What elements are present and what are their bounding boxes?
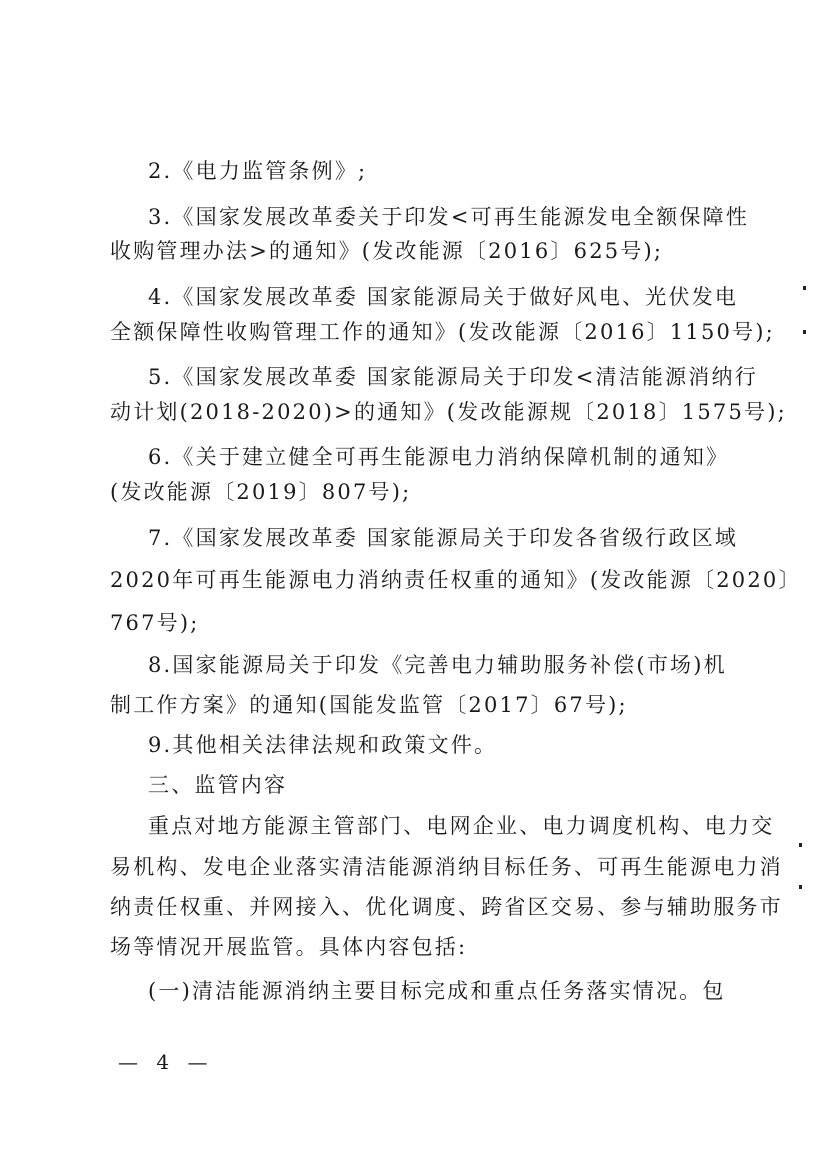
reference-item-7-cont2: 767号); [110,609,200,637]
reference-item-4-cont: 全额保障性收购管理工作的通知》(发改能源〔2016〕1150号); [110,318,775,346]
reference-item-8-cont: 制工作方案》的通知(国能发监管〔2017〕67号); [110,691,628,719]
paragraph-line-1: 重点对地方能源主管部门、电网企业、电力调度机构、电力交 [148,812,774,840]
paragraph-line-3: 纳责任权重、并网接入、优化调度、跨省区交易、参与辅助服务市 [110,893,783,921]
reference-item-3: 3.《国家发展改革委关于印发<可再生能源发电全额保障性 [148,203,749,231]
section-heading-supervision-content: 三、监管内容 [148,771,287,799]
reference-item-6-cont: (发改能源〔2019〕807号); [110,478,411,506]
document-page: 2.《电力监管条例》; 3.《国家发展改革委关于印发<可再生能源发电全额保障性 … [0,0,827,1170]
reference-item-7-cont: 2020年可再生能源电力消纳责任权重的通知》(发改能源〔2020〕 [110,566,802,594]
page-number: — 4 — [118,1050,213,1074]
paragraph-line-2: 易机构、发电企业落实清洁能源消纳目标任务、可再生能源电力消 [110,853,783,881]
reference-item-2: 2.《电力监管条例》; [148,157,367,185]
reference-item-5: 5.《国家发展改革委 国家能源局关于印发<清洁能源消纳行 [148,363,758,391]
margin-mark [799,885,802,889]
reference-item-9: 9.其他相关法律法规和政策文件。 [148,731,497,759]
reference-item-6: 6.《关于建立健全可再生能源电力消纳保障机制的通知》 [148,443,729,471]
reference-item-4: 4.《国家发展改革委 国家能源局关于做好风电、光伏发电 [148,283,738,311]
margin-mark [803,286,806,290]
reference-item-3-cont: 收购管理办法>的通知》(发改能源〔2016〕625号); [110,237,663,265]
margin-mark [803,330,806,334]
subsection-heading-1: (一)清洁能源消纳主要目标完成和重点任务落实情况。包 [148,977,726,1005]
paragraph-line-4: 场等情况开展监管。具体内容包括: [110,933,467,961]
reference-item-5-cont: 动计划(2018-2020)>的通知》(发改能源规〔2018〕1575号); [110,398,787,426]
reference-item-8: 8.国家能源局关于印发《完善电力辅助服务补偿(市场)机 [148,651,727,679]
margin-mark [799,843,802,847]
reference-item-7: 7.《国家发展改革委 国家能源局关于印发各省级行政区域 [148,524,738,552]
